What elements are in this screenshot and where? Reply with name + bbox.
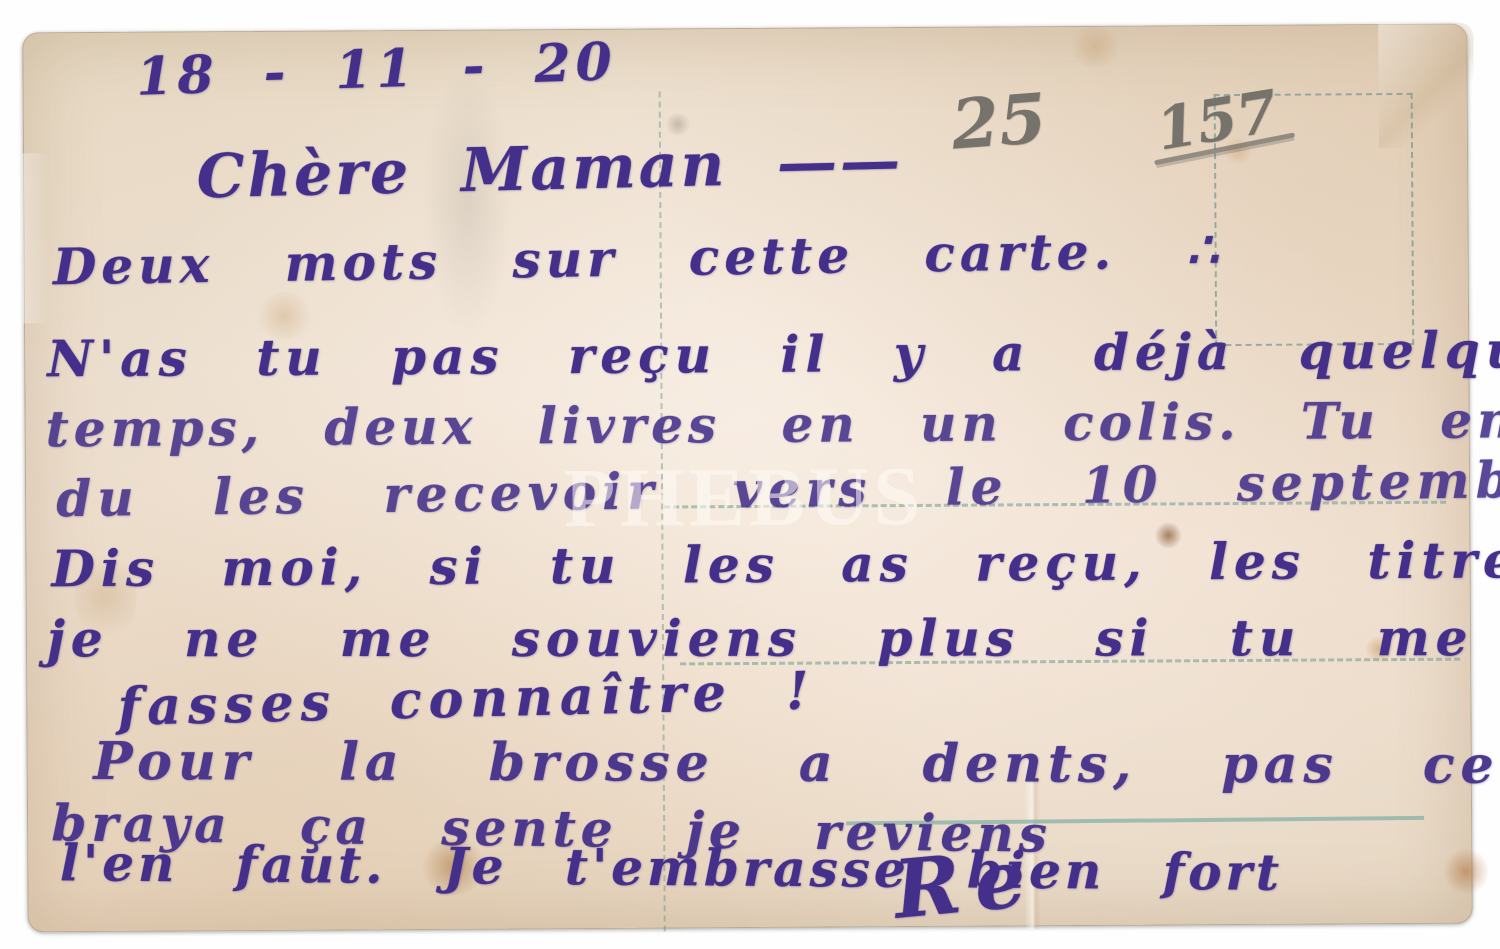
pencil-mark-left: 25 xyxy=(949,79,1049,166)
message-line: N'as tu pas reçu il y a déjà quelques xyxy=(47,322,1500,386)
message-line: du les recevoir vers le 10 septembre xyxy=(56,451,1500,526)
greeting-line: Chère Maman —— xyxy=(196,128,904,211)
paper-stain xyxy=(1444,846,1488,896)
postcard: 25 157 18 - 11 - 20 Chère Maman —— Deux … xyxy=(22,24,1472,933)
message-line: temps, deux livres en un colis. Tu en as xyxy=(46,391,1500,456)
message-line: je ne me souviens plus si tu me les xyxy=(47,610,1500,666)
date-line: 18 - 11 - 20 xyxy=(135,33,617,106)
signature-flourish: Re xyxy=(890,833,1043,934)
message-line: Dis moi, si tu les as reçu, les titres xyxy=(51,532,1500,596)
scan-background: 25 157 18 - 11 - 20 Chère Maman —— Deux … xyxy=(0,0,1500,949)
message-line: fasses connaître ! xyxy=(117,662,816,736)
message-line: Pour la brosse a dents, pas ce xyxy=(93,733,1499,794)
message-line: Deux mots sur cette carte. ∴ xyxy=(53,222,1224,294)
paper-stain xyxy=(1065,27,1125,67)
message-line: l'en faut. Je t'embrasse bien fort xyxy=(60,835,1283,900)
